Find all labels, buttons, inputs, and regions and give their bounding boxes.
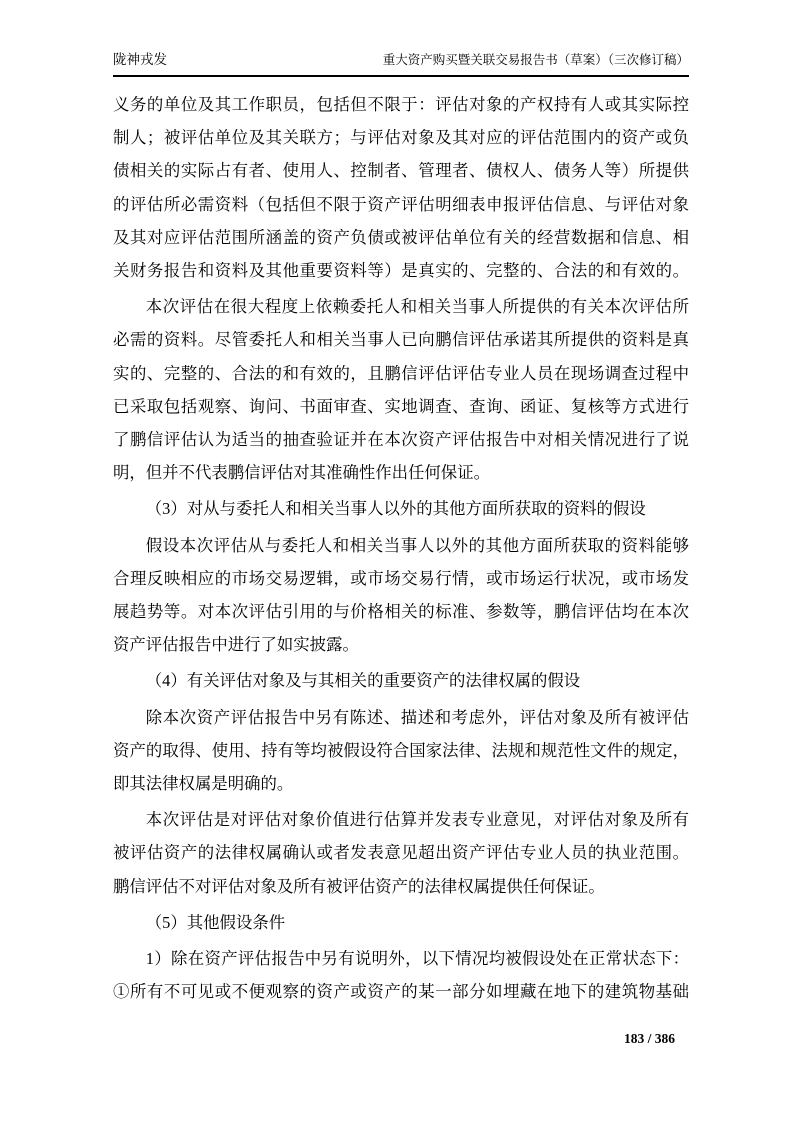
header-report-title: 重大资产购买暨关联交易报告书（草案）（三次修订稿） — [383, 51, 689, 70]
text-line: ①所有不可见或不便观察的资产或资产的某一部分如埋藏在地下的建筑物基础 — [113, 975, 689, 1008]
text-line: 即其法律权属是明确的。 — [113, 767, 689, 800]
paragraph: 除本次资产评估报告中另有陈述、描述和考虑外，评估对象及所有被评估资产的取得、使用… — [113, 701, 689, 801]
text-line: （5）其他假设条件 — [113, 906, 689, 939]
paragraph: 假设本次评估从与委托人和相关当事人以外的其他方面所获取的资料能够合理反映相应的市… — [113, 529, 689, 662]
header-company-name: 陇神戎发 — [113, 50, 167, 70]
page-header: 陇神戎发 重大资产购买暨关联交易报告书（草案）（三次修订稿） — [113, 0, 689, 77]
text-line: 实的、完整的、合法的和有效的，且鹏信评估评估专业人员在现场调查过程中 — [113, 357, 689, 390]
paragraph: 本次评估是对评估对象价值进行估算并发表专业意见，对评估对象及所有被评估资产的法律… — [113, 803, 689, 903]
text-line: 制人；被评估单位及其关联方；与评估对象及其对应的评估范围内的资产或负 — [113, 121, 689, 154]
text-line: 假设本次评估从与委托人和相关当事人以外的其他方面所获取的资料能够 — [113, 529, 689, 562]
text-line: 资产评估报告中进行了如实披露。 — [113, 628, 689, 661]
text-line: 合理反映相应的市场交易逻辑，或市场交易行情，或市场运行状况，或市场发 — [113, 562, 689, 595]
text-line: 本次评估在很大程度上依赖委托人和相关当事人所提供的有关本次评估所 — [113, 290, 689, 323]
text-line: 展趋势等。对本次评估引用的与价格相关的标准、参数等，鹏信评估均在本次 — [113, 595, 689, 628]
text-line: 除本次资产评估报告中另有陈述、描述和考虑外，评估对象及所有被评估 — [113, 701, 689, 734]
text-line: 1）除在资产评估报告中另有说明外，以下情况均被假设处在正常状态下： — [113, 942, 689, 975]
text-line: 债相关的实际占有者、使用人、控制者、管理者、债权人、债务人等）所提供 — [113, 154, 689, 187]
text-line: 了鹏信评估认为适当的抽查验证并在本次资产评估报告中对相关情况进行了说 — [113, 423, 689, 456]
section-heading: （4）有关评估对象及与其相关的重要资产的法律权属的假设 — [113, 664, 689, 697]
text-line: 关财务报告和资料及其他重要资料等）是真实的、完整的、合法的和有效的。 — [113, 254, 689, 287]
text-line: 明，但并不代表鹏信评估对其准确性作出任何保证。 — [113, 456, 689, 489]
page-number: 183 / 386 — [624, 1031, 675, 1046]
text-line: 本次评估是对评估对象价值进行估算并发表专业意见，对评估对象及所有 — [113, 803, 689, 836]
text-line: （4）有关评估对象及与其相关的重要资产的法律权属的假设 — [113, 664, 689, 697]
text-line: 义务的单位及其工作职员，包括但不限于：评估对象的产权持有人或其实际控 — [113, 88, 689, 121]
text-line: 及其对应评估范围所涵盖的资产负债或被评估单位有关的经营数据和信息、相 — [113, 221, 689, 254]
text-line: 必需的资料。尽管委托人和相关当事人已向鹏信评估承诺其所提供的资料是真 — [113, 323, 689, 356]
text-line: 已采取包括观察、询问、书面审查、实地调查、查询、函证、复核等方式进行 — [113, 390, 689, 423]
section-heading: （3）对从与委托人和相关当事人以外的其他方面所获取的资料的假设 — [113, 492, 689, 525]
paragraph: 本次评估在很大程度上依赖委托人和相关当事人所提供的有关本次评估所必需的资料。尽管… — [113, 290, 689, 489]
paragraph: 1）除在资产评估报告中另有说明外，以下情况均被假设处在正常状态下：①所有不可见或… — [113, 942, 689, 1008]
text-line: 资产的取得、使用、持有等均被假设符合国家法律、法规和规范性文件的规定， — [113, 734, 689, 767]
page-footer: 183 / 386 — [624, 1030, 675, 1048]
text-line: 被评估资产的法律权属确认或者发表意见超出资产评估专业人员的执业范围。 — [113, 836, 689, 869]
document-page: 陇神戎发 重大资产购买暨关联交易报告书（草案）（三次修订稿） 义务的单位及其工作… — [0, 0, 793, 1122]
document-body: 义务的单位及其工作职员，包括但不限于：评估对象的产权持有人或其实际控制人；被评估… — [113, 88, 689, 1008]
text-line: （3）对从与委托人和相关当事人以外的其他方面所获取的资料的假设 — [113, 492, 689, 525]
section-heading: （5）其他假设条件 — [113, 906, 689, 939]
text-line: 的评估所必需资料（包括但不限于资产评估明细表申报评估信息、与评估对象 — [113, 188, 689, 221]
text-line: 鹏信评估不对评估对象及所有被评估资产的法律权属提供任何保证。 — [113, 870, 689, 903]
paragraph: 义务的单位及其工作职员，包括但不限于：评估对象的产权持有人或其实际控制人；被评估… — [113, 88, 689, 287]
